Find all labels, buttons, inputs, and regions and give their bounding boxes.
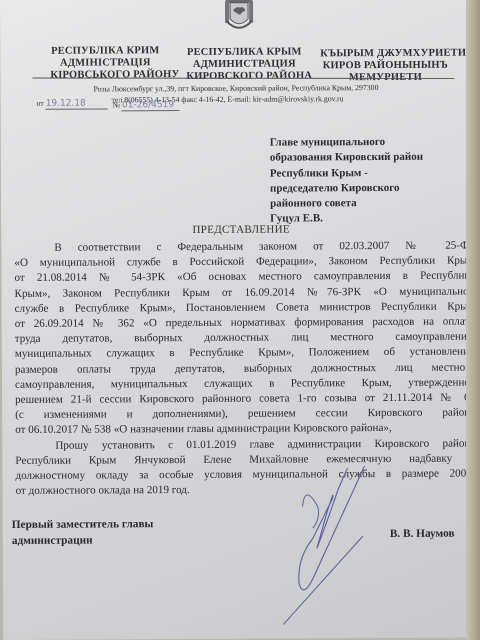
date-field: от 19.12.18 bbox=[37, 98, 108, 109]
document-body: В соответствии с Федеральным законом от … bbox=[14, 239, 475, 500]
addressee-block: Главе муниципального образования Кировск… bbox=[270, 135, 424, 228]
background-surface bbox=[466, 0, 480, 640]
number-value: 01-26/4519 bbox=[122, 100, 180, 111]
body-line: должностному окладу за особые условия му… bbox=[15, 467, 475, 485]
coat-of-arms-icon bbox=[222, 0, 256, 33]
body-line: от должностного оклада на 2019 год. bbox=[16, 482, 476, 500]
address-line: Розы Люксембург ул.,39, пгт Кировское, К… bbox=[93, 83, 378, 93]
date-value: 19.12.18 bbox=[46, 98, 108, 109]
number-field: № 01-26/4519 bbox=[113, 100, 180, 111]
signatory-position: Первый заместитель главы администрации bbox=[12, 516, 154, 549]
header-ukrainian: РЕСПУБЛІКА КРИМ АДМІНІСТРАЦІЯ КІРОВСЬКОГ… bbox=[50, 45, 160, 82]
body-line: (с изменениями и дополнениями), решением… bbox=[15, 406, 475, 424]
document-page: РЕСПУБЛІКА КРИМ АДМІНІСТРАЦІЯ КІРОВСЬКОГ… bbox=[0, 0, 473, 640]
document-title: ПРЕДСТАВЛЕНИЕ bbox=[1, 222, 480, 237]
handwritten-signature-icon bbox=[272, 458, 383, 629]
signatory-name: В. В. Наумов bbox=[390, 528, 455, 540]
